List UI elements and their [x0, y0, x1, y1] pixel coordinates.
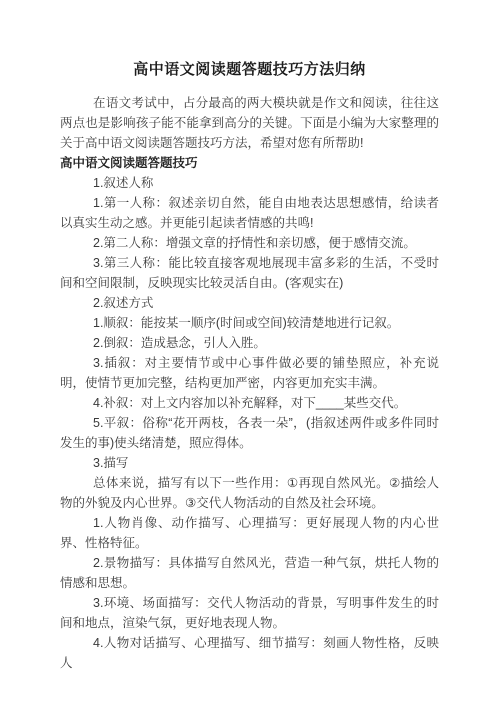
- paragraph: 4.补叙：对上文内容加以补充解释，对下____某些交代。: [60, 393, 439, 413]
- paragraph: 5.平叙：俗称“花开两枝，各表一朵”，(指叙述两件或多件同时发生的事)使头绪清楚…: [60, 413, 439, 453]
- paragraph: 3.插叙：对主要情节或中心事件做必要的铺垫照应，补充说明，使情节更加完整，结构更…: [60, 353, 439, 393]
- paragraph-truncated: 4.人物对话描写、心理描写、细节描写：刻画人物性格，反映人: [60, 633, 439, 673]
- paragraph: 1.叙述人称: [60, 173, 439, 193]
- section-heading: 高中语文阅读题答题技巧: [60, 153, 439, 173]
- paragraph: 3.描写: [60, 453, 439, 473]
- paragraph: 总体来说，描写有以下一些作用：①再现自然风光。②描绘人物的外貌及内心世界。③交代…: [60, 473, 439, 513]
- intro-paragraph: 在语文考试中，占分最高的两大模块就是作文和阅读，往往这两点也是影响孩子能不能拿到…: [60, 93, 439, 153]
- paragraph: 2.第二人称：增强文章的抒情性和亲切感，便于感情交流。: [60, 233, 439, 253]
- page-title: 高中语文阅读题答题技巧方法归纳: [60, 61, 439, 79]
- document-page: 高中语文阅读题答题技巧方法归纳 在语文考试中，占分最高的两大模块就是作文和阅读，…: [0, 0, 500, 707]
- paragraph: 3.第三人称：能比较直接客观地展现丰富多彩的生活，不受时间和空间限制，反映现实比…: [60, 253, 439, 293]
- paragraph: 2.叙述方式: [60, 293, 439, 313]
- paragraph: 1.人物肖像、动作描写、心理描写：更好展现人物的内心世界、性格特征。: [60, 513, 439, 553]
- paragraph: 1.第一人称：叙述亲切自然，能自由地表达思想感情，给读者以真实生动之感。并更能引…: [60, 193, 439, 233]
- paragraph: 3.环境、场面描写：交代人物活动的背景，写明事件发生的时间和地点，渲染气氛，更好…: [60, 593, 439, 633]
- paragraph: 1.顺叙：能按某一顺序(时间或空间)较清楚地进行记叙。: [60, 313, 439, 333]
- paragraph: 2.景物描写：具体描写自然风光，营造一种气氛，烘托人物的情感和思想。: [60, 553, 439, 593]
- paragraph: 2.倒叙：造成悬念，引人入胜。: [60, 333, 439, 353]
